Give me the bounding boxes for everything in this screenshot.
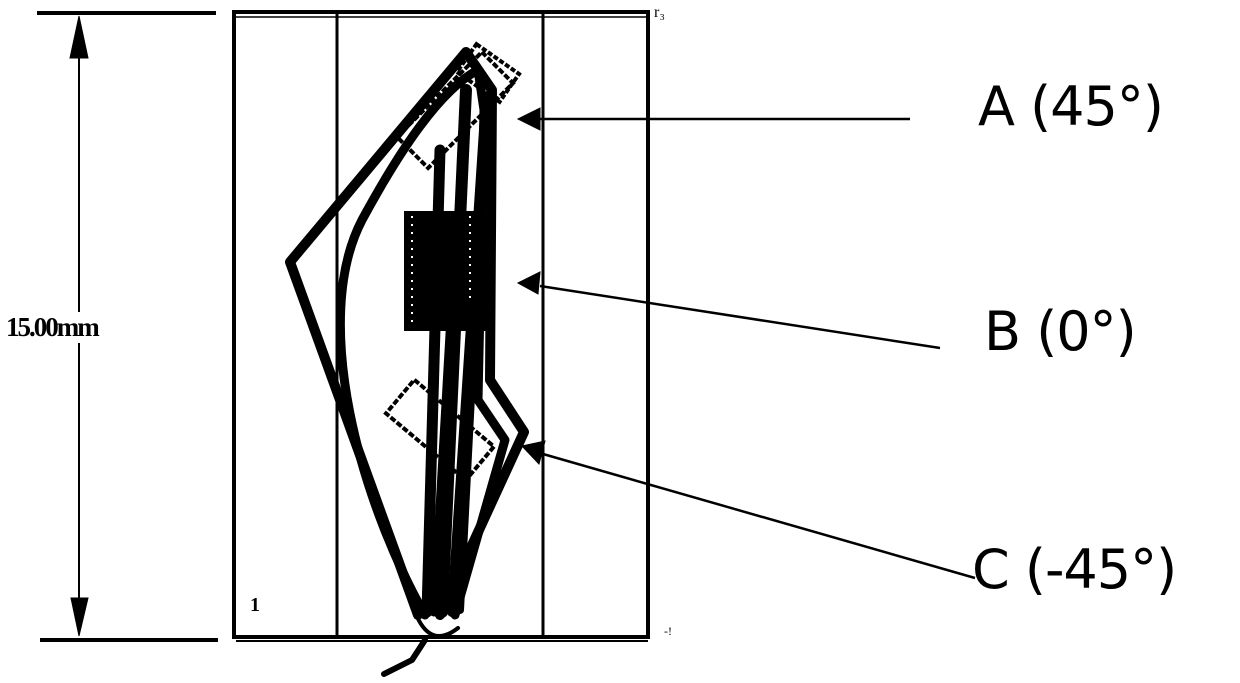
- leader-line-b: [540, 286, 940, 348]
- leader-line-c: [543, 454, 975, 578]
- corner-mark-top: r₃: [654, 4, 665, 22]
- dimension-label: 15.00mm: [6, 312, 98, 343]
- arrow-left-icon: [518, 272, 540, 294]
- panel-number: 1: [250, 594, 260, 617]
- corner-mark-bottom: -!: [664, 624, 672, 639]
- fiber-loop-outer: [290, 52, 524, 615]
- arrow-left-icon: [518, 108, 540, 130]
- arrow-down-icon: [71, 598, 88, 636]
- arrow-up-icon: [70, 16, 88, 58]
- label-c-minus45deg: C (-45°): [972, 538, 1176, 601]
- fiber-tail: [384, 640, 425, 674]
- label-a-45deg: A (45°): [978, 75, 1163, 138]
- label-b-0deg: B (0°): [984, 300, 1136, 363]
- patch-b-0deg: [405, 212, 493, 330]
- leader-lines: [518, 108, 975, 578]
